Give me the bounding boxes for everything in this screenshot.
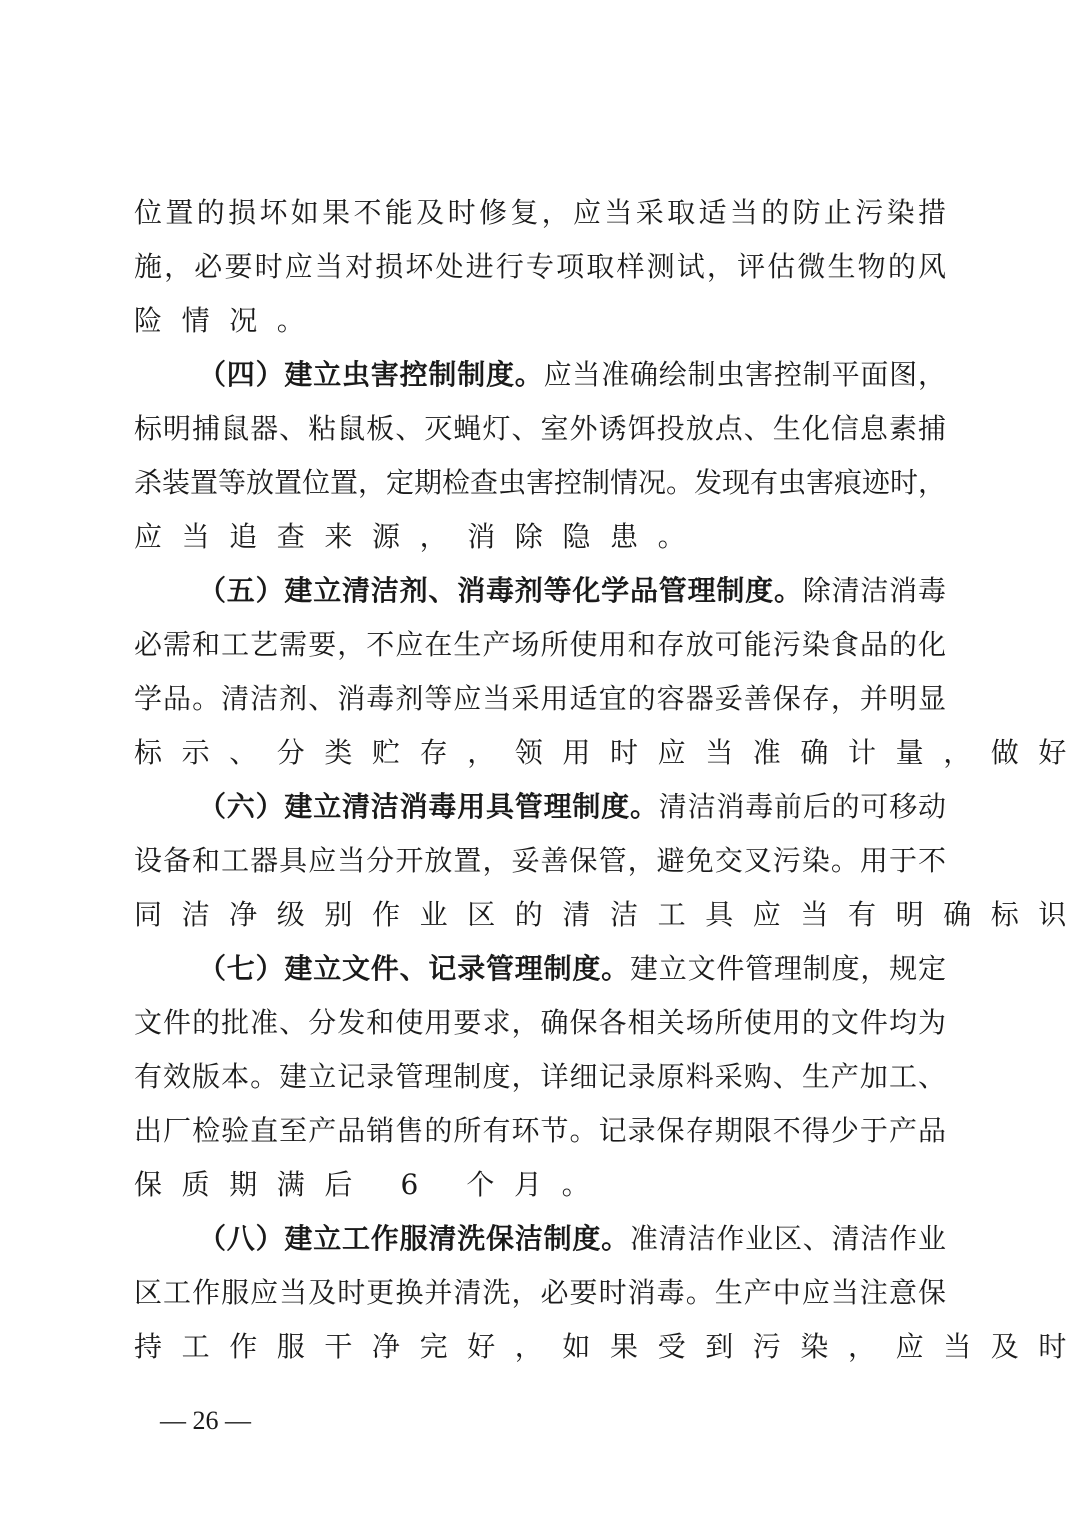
paragraph-line: 同洁净级别作业区的清洁工具应当有明确标识，不得混用。	[134, 888, 946, 942]
line-text: 标示、分类贮存，领用时应当准确计量，做好使用记录。	[134, 736, 1080, 769]
section-heading: （四）建立虫害控制制度。	[198, 358, 544, 391]
line-text: 持工作服干净完好，如果受到污染，应当及时更换。	[134, 1330, 1080, 1363]
paragraph-line: 施，必要时应当对损坏处进行专项取样测试，评估微生物的风	[134, 240, 946, 294]
line-text: 标明捕鼠器、粘鼠板、灭蝇灯、室外诱饵投放点、生化信息素捕	[134, 412, 946, 445]
line-text: 保质期满后 6 个月。	[134, 1168, 609, 1201]
line-text: 学品。清洁剂、消毒剂等应当采用适宜的容器妥善保存，并明显	[134, 682, 946, 715]
line-text: 险情况。	[134, 304, 324, 337]
section-heading-line: （四）建立虫害控制制度。应当准确绘制虫害控制平面图，	[198, 348, 946, 402]
section-heading-line: （六）建立清洁消毒用具管理制度。清洁消毒前后的可移动	[198, 780, 946, 834]
paragraph-line: 设备和工器具应当分开放置，妥善保管，避免交叉污染。用于不	[134, 834, 946, 888]
paragraph-line: 出厂检验直至产品销售的所有环节。记录保存期限不得少于产品	[134, 1104, 946, 1158]
section-heading: （六）建立清洁消毒用具管理制度。	[198, 790, 659, 823]
section-heading-line: （八）建立工作服清洗保洁制度。准清洁作业区、清洁作业	[198, 1212, 946, 1266]
section-heading: （七）建立文件、记录管理制度。	[198, 952, 630, 985]
paragraph-line: 位置的损坏如果不能及时修复，应当采取适当的防止污染措	[134, 186, 946, 240]
paragraph-line: 区工作服应当及时更换并清洗，必要时消毒。生产中应当注意保	[134, 1266, 946, 1320]
paragraph-line: 必需和工艺需要，不应在生产场所使用和存放可能污染食品的化	[134, 618, 946, 672]
section-heading: （五）建立清洁剂、消毒剂等化学品管理制度。	[198, 574, 803, 607]
line-text: 同洁净级别作业区的清洁工具应当有明确标识，不得混用。	[134, 898, 1080, 931]
section-heading-line: （七）建立文件、记录管理制度。建立文件管理制度，规定	[198, 942, 946, 996]
line-text: 设备和工器具应当分开放置，妥善保管，避免交叉污染。用于不	[134, 844, 946, 877]
line-text: 清洁消毒前后的可移动	[659, 790, 946, 823]
page-number: — 26 —	[160, 1406, 251, 1436]
line-text: 必需和工艺需要，不应在生产场所使用和存放可能污染食品的化	[134, 628, 946, 661]
paragraph-line: 应当追查来源，消除隐患。	[134, 510, 946, 564]
paragraph-line: 险情况。	[134, 294, 946, 348]
section-heading-line: （五）建立清洁剂、消毒剂等化学品管理制度。除清洁消毒	[198, 564, 946, 618]
line-text: 有效版本。建立记录管理制度，详细记录原料采购、生产加工、	[134, 1060, 946, 1093]
paragraph-line: 保质期满后 6 个月。	[134, 1158, 946, 1212]
line-text: 文件的批准、分发和使用要求，确保各相关场所使用的文件均为	[134, 1006, 946, 1039]
line-text: 准清洁作业区、清洁作业	[630, 1222, 946, 1255]
line-text: 建立文件管理制度，规定	[630, 952, 946, 985]
paragraph-line: 有效版本。建立记录管理制度，详细记录原料采购、生产加工、	[134, 1050, 946, 1104]
document-page: 位置的损坏如果不能及时修复，应当采取适当的防止污染措施，必要时应当对损坏处进行专…	[0, 0, 1080, 1527]
paragraph-line: 持工作服干净完好，如果受到污染，应当及时更换。	[134, 1320, 946, 1374]
line-text: 除清洁消毒	[803, 574, 946, 607]
line-text: 杀装置等放置位置，定期检查虫害控制情况。发现有虫害痕迹时，	[134, 466, 946, 499]
line-text: 位置的损坏如果不能及时修复，应当采取适当的防止污染措	[134, 196, 946, 229]
paragraph-line: 学品。清洁剂、消毒剂等应当采用适宜的容器妥善保存，并明显	[134, 672, 946, 726]
paragraph-line: 杀装置等放置位置，定期检查虫害控制情况。发现有虫害痕迹时，	[134, 456, 946, 510]
line-text: 区工作服应当及时更换并清洗，必要时消毒。生产中应当注意保	[134, 1276, 946, 1309]
paragraph-line: 文件的批准、分发和使用要求，确保各相关场所使用的文件均为	[134, 996, 946, 1050]
paragraph-line: 标示、分类贮存，领用时应当准确计量，做好使用记录。	[134, 726, 946, 780]
section-heading: （八）建立工作服清洗保洁制度。	[198, 1222, 630, 1255]
line-text: 出厂检验直至产品销售的所有环节。记录保存期限不得少于产品	[134, 1114, 946, 1147]
paragraph-line: 标明捕鼠器、粘鼠板、灭蝇灯、室外诱饵投放点、生化信息素捕	[134, 402, 946, 456]
line-text: 施，必要时应当对损坏处进行专项取样测试，评估微生物的风	[134, 250, 946, 283]
line-text: 应当追查来源，消除隐患。	[134, 520, 705, 553]
line-text: 应当准确绘制虫害控制平面图，	[544, 358, 946, 391]
